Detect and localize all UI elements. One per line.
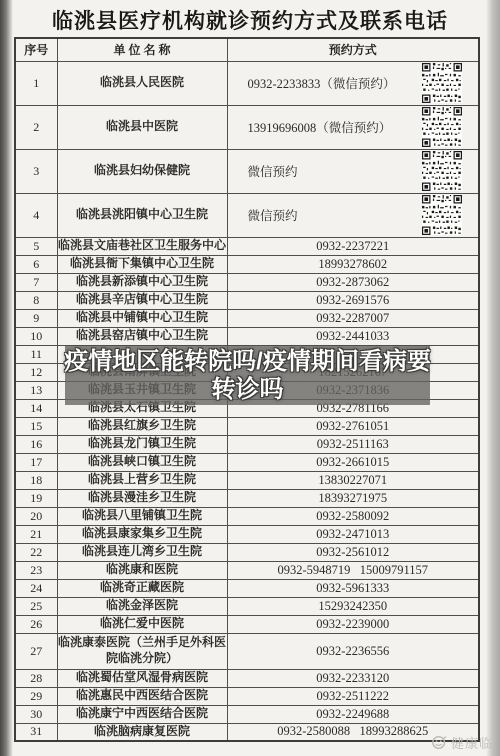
hospital-name: 临洮脑病康复医院 (57, 723, 227, 741)
row-sequence-number: 30 (15, 705, 57, 723)
hospital-name: 临洮县妇幼保健院 (57, 149, 227, 193)
booking-contact-cell: 0932-2236556 (227, 633, 479, 669)
booking-contact-text: 0932-2561012 (316, 545, 389, 559)
booking-contact-text: 0932-2287007 (316, 311, 389, 325)
hospital-name: 临洮县文庙巷社区卫生服务中心 (57, 237, 227, 255)
row-sequence-number: 20 (15, 507, 57, 525)
booking-contact-cell: 0932-2661015 (227, 453, 479, 471)
hospital-name: 临洮县连儿湾乡卫生院 (57, 543, 227, 561)
booking-contact-text: 0932-5948719 15009791157 (277, 563, 428, 577)
table-row: 5 临洮县文庙巷社区卫生服务中心 0932-2237221 (15, 237, 479, 255)
hospital-name: 临洮县八里铺镇卫生院 (57, 507, 227, 525)
booking-contact-cell: 0932-2441033 (227, 327, 479, 345)
booking-contact-cell: 微信预约 (227, 193, 479, 237)
row-sequence-number: 5 (15, 237, 57, 255)
row-sequence-number: 1 (15, 61, 57, 105)
booking-contact-text: 0932-2691576 (316, 293, 389, 307)
row-sequence-number: 26 (15, 615, 57, 633)
table-row: 24 临洮奇正藏医院 0932-5961333 (15, 579, 479, 597)
booking-contact-text: 0932-2580088 18993288625 (277, 724, 428, 738)
row-sequence-number: 2 (15, 105, 57, 149)
table-row: 9 临洮县中铺镇中心卫生院 0932-2287007 (15, 309, 479, 327)
table-row: 20 临洮县八里铺镇卫生院 0932-2580092 (15, 507, 479, 525)
table-row: 23 临洮康和医院 0932-5948719 15009791157 (15, 561, 479, 579)
booking-contact-text: 微信预约 (248, 165, 298, 179)
hospital-name: 临洮仁爱中医院 (57, 615, 227, 633)
hospital-name: 临洮县康家集乡卫生院 (57, 525, 227, 543)
table-row: 28 临洮蜀估堂风湿骨病医院 0932-2233120 (15, 669, 479, 687)
row-sequence-number: 24 (15, 579, 57, 597)
booking-contact-text: 0932-2249688 (316, 707, 389, 721)
booking-contact-cell: 0932-2471013 (227, 525, 479, 543)
hospital-name: 临洮县辛店镇中心卫生院 (57, 291, 227, 309)
booking-contact-text: 0932-2233120 (316, 671, 389, 685)
booking-contact-cell: 0932-5961333 (227, 579, 479, 597)
booking-contact-cell: 0932-2511163 (227, 435, 479, 453)
booking-contact-text: 18993278602 (318, 257, 387, 271)
hospital-name: 临洮县洮阳镇中心卫生院 (57, 193, 227, 237)
wechat-qr-code (422, 195, 462, 235)
booking-contact-cell: 0932-2239000 (227, 615, 479, 633)
booking-contact-cell: 0932-2511222 (227, 687, 479, 705)
hospital-name: 临洮县中医院 (57, 105, 227, 149)
table-row: 4 临洮县洮阳镇中心卫生院 微信预约 (15, 193, 479, 237)
hospital-name: 临洮县窑店镇中心卫生院 (57, 327, 227, 345)
booking-contact-cell: 18393271975 (227, 489, 479, 507)
hospital-name: 临洮县中铺镇中心卫生院 (57, 309, 227, 327)
table-row: 17 临洮县峡口镇卫生院 0932-2661015 (15, 453, 479, 471)
row-sequence-number: 31 (15, 723, 57, 741)
row-sequence-number: 17 (15, 453, 57, 471)
row-sequence-number: 12 (15, 363, 57, 381)
booking-contact-text: 0932-2511163 (317, 437, 389, 451)
row-sequence-number: 9 (15, 309, 57, 327)
table-row: 21 临洮县康家集乡卫生院 0932-2471013 (15, 525, 479, 543)
hospital-name: 临洮县红旗乡卫生院 (57, 417, 227, 435)
row-sequence-number: 7 (15, 273, 57, 291)
booking-contact-text: 0932-2441033 (316, 329, 389, 343)
row-sequence-number: 22 (15, 543, 57, 561)
row-sequence-number: 3 (15, 149, 57, 193)
table-row: 22 临洮县连儿湾乡卫生院 0932-2561012 (15, 543, 479, 561)
booking-contact-text: 0932-5961333 (316, 581, 389, 595)
hospital-name: 临洮县人民医院 (57, 61, 227, 105)
photo-right-shadow (486, 0, 500, 756)
table-row: 8 临洮县辛店镇中心卫生院 0932-2691576 (15, 291, 479, 309)
row-sequence-number: 6 (15, 255, 57, 273)
row-sequence-number: 18 (15, 471, 57, 489)
caption-line-2: 转诊吗 (212, 376, 284, 404)
hospital-name: 临洮县龙门镇卫生院 (57, 435, 227, 453)
table-row: 25 临洮金泽医院 15293242350 (15, 597, 479, 615)
hospital-name: 临洮惠民中西医结合医院 (57, 687, 227, 705)
booking-contact-cell: 13830227071 (227, 471, 479, 489)
row-sequence-number: 11 (15, 345, 57, 363)
table-row: 1 临洮县人民医院 0932-2233833（微信预约） (15, 61, 479, 105)
row-sequence-number: 14 (15, 399, 57, 417)
hospital-name: 临洮县上营乡卫生院 (57, 471, 227, 489)
booking-contact-text: 0932-2580092 (316, 509, 389, 523)
booking-contact-cell: 18993278602 (227, 255, 479, 273)
table-row: 16 临洮县龙门镇卫生院 0932-2511163 (15, 435, 479, 453)
booking-contact-cell: 0932-5948719 15009791157 (227, 561, 479, 579)
table-row: 10 临洮县窑店镇中心卫生院 0932-2441033 (15, 327, 479, 345)
booking-contact-text: 18393271975 (318, 491, 387, 505)
caption-overlay: 疫情地区能转院吗/疫情期间看病要 转诊吗 (65, 346, 430, 405)
row-sequence-number: 25 (15, 597, 57, 615)
booking-contact-text: 0932-2237221 (316, 239, 389, 253)
booking-contact-cell: 0932-2691576 (227, 291, 479, 309)
table-header-row: 序号 单 位 名 称 预约方式 (15, 38, 479, 61)
row-sequence-number: 23 (15, 561, 57, 579)
hospital-name: 临洮康和医院 (57, 561, 227, 579)
hospital-name: 临洮金泽医院 (57, 597, 227, 615)
booking-contact-cell: 13919696008（微信预约） (227, 105, 479, 149)
table-row: 19 临洮县漫洼乡卫生院 18393271975 (15, 489, 479, 507)
table-row: 7 临洮县新添镇中心卫生院 0932-2873062 (15, 273, 479, 291)
caption-line-1: 疫情地区能转院吗/疫情期间看病要 (64, 348, 431, 376)
row-sequence-number: 13 (15, 381, 57, 399)
hospital-name: 临洮康泰医院（兰州手足外科医院临洮分院） (57, 633, 227, 669)
col-header-unit-name: 单 位 名 称 (57, 38, 227, 61)
row-sequence-number: 10 (15, 327, 57, 345)
booking-contact-cell: 0932-2233833（微信预约） (227, 61, 479, 105)
row-sequence-number: 15 (15, 417, 57, 435)
row-sequence-number: 19 (15, 489, 57, 507)
booking-contact-text: 13830227071 (318, 473, 387, 487)
table-row: 27 临洮康泰医院（兰州手足外科医院临洮分院） 0932-2236556 (15, 633, 479, 669)
row-sequence-number: 29 (15, 687, 57, 705)
photo-left-shadow (0, 0, 13, 756)
hospital-name: 临洮县漫洼乡卫生院 (57, 489, 227, 507)
table-row: 29 临洮惠民中西医结合医院 0932-2511222 (15, 687, 479, 705)
table-row: 2 临洮县中医院 13919696008（微信预约） (15, 105, 479, 149)
hospital-name: 临洮奇正藏医院 (57, 579, 227, 597)
table-row: 30 临洮康宁中西医结合医院 0932-2249688 (15, 705, 479, 723)
booking-contact-text: 15293242350 (318, 599, 387, 613)
booking-contact-cell: 0932-2233120 (227, 669, 479, 687)
smiley-face-logo-icon (431, 735, 448, 750)
table-row: 15 临洮县红旗乡卫生院 0932-2761051 (15, 417, 479, 435)
hospital-name: 临洮县新添镇中心卫生院 (57, 273, 227, 291)
booking-contact-cell: 0932-2237221 (227, 237, 479, 255)
page-title: 临洮县医疗机构就诊预约方式及联系电话 (20, 5, 480, 35)
row-sequence-number: 21 (15, 525, 57, 543)
table-row: 26 临洮仁爱中医院 0932-2239000 (15, 615, 479, 633)
booking-contact-cell: 0932-2761051 (227, 417, 479, 435)
wechat-qr-code (422, 107, 462, 147)
table-row: 18 临洮县上营乡卫生院 13830227071 (15, 471, 479, 489)
booking-contact-text: 0932-2233833（微信预约） (248, 77, 396, 91)
document-photo: 临洮县医疗机构就诊预约方式及联系电话 序号 单 位 名 称 预约方式 1 临洮县… (0, 0, 500, 756)
booking-contact-cell: 0932-2561012 (227, 543, 479, 561)
table-row: 3 临洮县妇幼保健院 微信预约 (15, 149, 479, 193)
booking-contact-text: 0932-2471013 (316, 527, 389, 541)
row-sequence-number: 8 (15, 291, 57, 309)
col-header-seq: 序号 (15, 38, 57, 61)
hospital-name: 临洮蜀估堂风湿骨病医院 (57, 669, 227, 687)
wechat-qr-code (422, 63, 462, 103)
booking-contact-cell: 0932-2873062 (227, 273, 479, 291)
row-sequence-number: 27 (15, 633, 57, 669)
booking-contact-cell: 15293242350 (227, 597, 479, 615)
table-row: 31 临洮脑病康复医院 0932-2580088 18993288625 (15, 723, 479, 741)
booking-contact-text: 13919696008（微信预约） (248, 121, 392, 135)
booking-contact-cell: 0932-2580092 (227, 507, 479, 525)
hospital-name: 临洮县衙下集镇中心卫生院 (57, 255, 227, 273)
row-sequence-number: 4 (15, 193, 57, 237)
hospital-name: 临洮康宁中西医结合医院 (57, 705, 227, 723)
wechat-qr-code (422, 151, 462, 191)
hospital-name: 临洮县峡口镇卫生院 (57, 453, 227, 471)
booking-contact-cell: 0932-2249688 (227, 705, 479, 723)
row-sequence-number: 16 (15, 435, 57, 453)
booking-contact-text: 0932-2236556 (316, 644, 389, 658)
row-sequence-number: 28 (15, 669, 57, 687)
booking-contact-text: 微信预约 (248, 209, 298, 223)
booking-contact-cell: 0932-2287007 (227, 309, 479, 327)
col-header-booking-method: 预约方式 (227, 38, 479, 61)
booking-contact-text: 0932-2239000 (316, 617, 389, 631)
booking-contact-text: 0932-2761051 (316, 419, 389, 433)
booking-contact-text: 0932-2873062 (316, 275, 389, 289)
table-row: 6 临洮县衙下集镇中心卫生院 18993278602 (15, 255, 479, 273)
booking-contact-cell: 微信预约 (227, 149, 479, 193)
booking-contact-text: 0932-2661015 (316, 455, 389, 469)
booking-contact-text: 0932-2511222 (317, 689, 389, 703)
